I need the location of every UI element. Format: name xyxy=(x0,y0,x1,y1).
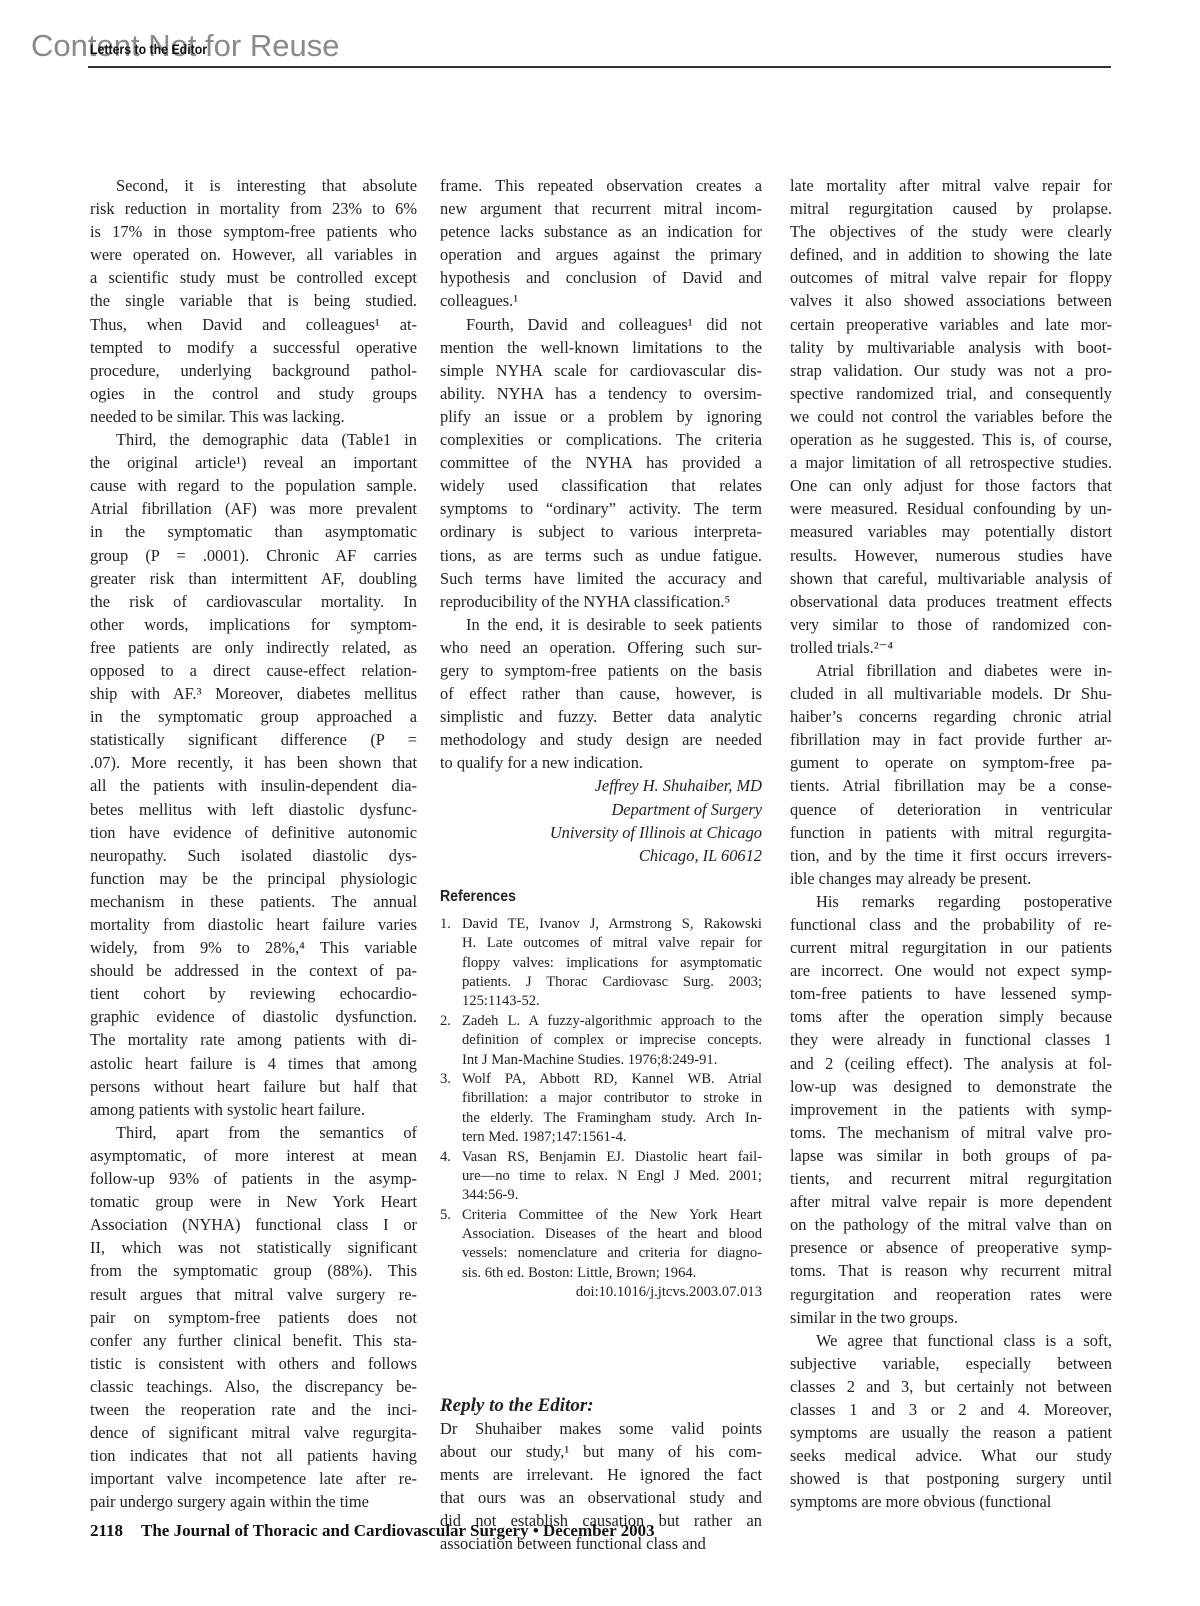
text-line: a major limitation of all retrospective … xyxy=(790,451,1112,474)
text-line: methodology and study design are needed xyxy=(440,728,762,751)
text-line: Second, it is interesting that absolute xyxy=(90,174,417,197)
text-line: function in patients with mitral regurgi… xyxy=(790,821,1112,844)
reference-line: patients. J Thorac Cardiovasc Surg. 2003… xyxy=(462,973,762,992)
text-line: ible changes may already be present. xyxy=(790,867,1112,890)
text-line: One can only adjust for those factors th… xyxy=(790,474,1112,497)
text-line: tween the reoperation rate and the inci- xyxy=(90,1398,417,1421)
text-line: were measured. Residual confounding by u… xyxy=(790,497,1112,520)
text-line: observational data produces treatment ef… xyxy=(790,590,1112,613)
reference-number: 4. xyxy=(440,1148,451,1167)
text-line: mechanism in these patients. The annual xyxy=(90,890,417,913)
text-line: and 2 (ceiling effect). The analysis at … xyxy=(790,1052,1112,1075)
reference-line: Zadeh L. A fuzzy-algorithmic approach to… xyxy=(462,1012,762,1031)
reference-line: floppy valves: implications for asymptom… xyxy=(462,954,762,973)
text-line: current mitral regurgitation in our pati… xyxy=(790,936,1112,959)
text-line: other words, implications for symptom- xyxy=(90,613,417,636)
text-line: function may be the principal physiologi… xyxy=(90,867,417,890)
reference-line: sis. 6th ed. Boston: Little, Brown; 1964… xyxy=(462,1264,762,1283)
text-line: we could not control the variables befor… xyxy=(790,405,1112,428)
text-line: low-up was designed to demonstrate the xyxy=(790,1075,1112,1098)
issue-date: December 2003 xyxy=(543,1521,655,1540)
text-line: ability. NYHA has a tendency to oversim- xyxy=(440,382,762,405)
text-line: classes 1 and 3 or 2 and 4. Moreover, xyxy=(790,1398,1112,1421)
text-line: among patients with systolic heart failu… xyxy=(90,1098,417,1121)
text-line: operation and argues against the primary xyxy=(440,243,762,266)
reference-line: ure—no time to relax. N Engl J Med. 2001… xyxy=(462,1167,762,1186)
reference-line: Wolf PA, Abbott RD, Kannel WB. Atrial xyxy=(462,1070,762,1089)
text-line: in the symptomatic than asymptomatic xyxy=(90,520,417,543)
text-line: tom-free patients to have lessened symp- xyxy=(790,982,1112,1005)
signature-department: Department of Surgery xyxy=(440,798,762,821)
text-line: ogies in the control and study groups xyxy=(90,382,417,405)
text-line: presence or absence of preoperative symp… xyxy=(790,1236,1112,1259)
text-line: spective randomized trial, and consequen… xyxy=(790,382,1112,405)
text-line: The mortality rate among patients with d… xyxy=(90,1028,417,1051)
text-line: ments are irrelevant. He ignored the fac… xyxy=(440,1463,762,1486)
text-line: colleagues.¹ xyxy=(440,289,762,312)
text-line: risk reduction in mortality from 23% to … xyxy=(90,197,417,220)
text-line: committee of the NYHA has provided a xyxy=(440,451,762,474)
text-line: after mitral valve repair is more depend… xyxy=(790,1190,1112,1213)
text-line: persons without heart failure but half t… xyxy=(90,1075,417,1098)
text-line: all the patients with insulin-dependent … xyxy=(90,774,417,797)
reference-line: the elderly. The Framingham study. Arch … xyxy=(462,1109,762,1128)
text-line: the single variable that is being studie… xyxy=(90,289,417,312)
reference-item: 2.Zadeh L. A fuzzy-algorithmic approach … xyxy=(440,1012,762,1070)
text-line: strap validation. Our study was not a pr… xyxy=(790,359,1112,382)
text-line: important valve incompetence late after … xyxy=(90,1467,417,1490)
text-line: complexities or complications. The crite… xyxy=(440,428,762,451)
text-line: should be addressed in the context of pa… xyxy=(90,959,417,982)
text-line: reproducibility of the NYHA classificati… xyxy=(440,590,762,613)
column-3: late mortality after mitral valve repair… xyxy=(790,174,1112,1513)
text-line: Atrial fibrillation (AF) was more preval… xyxy=(90,497,417,520)
signature-name: Jeffrey H. Shuhaiber, MD xyxy=(440,774,762,797)
text-line: pair on symptom-free patients does not xyxy=(90,1306,417,1329)
text-line: cluded in all multivariable models. Dr S… xyxy=(790,682,1112,705)
text-line: quence of deterioration in ventricular xyxy=(790,798,1112,821)
text-line: seeks medical advice. What our study xyxy=(790,1444,1112,1467)
text-line: valves it also showed associations betwe… xyxy=(790,289,1112,312)
text-line: tempted to modify a successful operative xyxy=(90,336,417,359)
text-line: In the end, it is desirable to seek pati… xyxy=(440,613,762,636)
text-line: haiber’s concerns regarding chronic atri… xyxy=(790,705,1112,728)
text-line: ship with AF.³ Moreover, diabetes mellit… xyxy=(90,682,417,705)
text-line: mitral regurgitation caused by prolapse. xyxy=(790,197,1112,220)
text-line: a scientific study must be controlled ex… xyxy=(90,266,417,289)
text-line: needed to be similar. This was lacking. xyxy=(90,405,417,428)
text-line: betes mellitus with left diastolic dysfu… xyxy=(90,798,417,821)
reference-number: 1. xyxy=(440,915,451,934)
text-line: symptoms are more obvious (functional xyxy=(790,1490,1112,1513)
text-line: tients, and recurrent mitral regurgitati… xyxy=(790,1167,1112,1190)
reference-line: 344:56-9. xyxy=(462,1186,762,1205)
text-line: the risk of cardiovascular mortality. In xyxy=(90,590,417,613)
text-line: certain preoperative variables and late … xyxy=(790,313,1112,336)
text-line: frame. This repeated observation creates… xyxy=(440,174,762,197)
references-heading: References xyxy=(440,885,723,909)
text-line: the original article¹) reveal an importa… xyxy=(90,451,417,474)
text-line: free patients are only indirectly relate… xyxy=(90,636,417,659)
text-line: greater risk than intermittent AF, doubl… xyxy=(90,567,417,590)
column-1: Second, it is interesting that absoluter… xyxy=(90,174,417,1513)
text-line: tistic is consistent with others and fol… xyxy=(90,1352,417,1375)
text-line: subjective variable, especially between xyxy=(790,1352,1112,1375)
reference-item: 1.David TE, Ivanov J, Armstrong S, Rakow… xyxy=(440,915,762,1012)
text-line: very similar to those of randomized con- xyxy=(790,613,1112,636)
text-line: fibrillation may in fact provide further… xyxy=(790,728,1112,751)
text-line: about our study,¹ but many of his com- xyxy=(440,1440,762,1463)
text-line: on the pathology of the mitral valve tha… xyxy=(790,1213,1112,1236)
text-line: tion, and by the time it first occurs ir… xyxy=(790,844,1112,867)
text-line: tients. Atrial fibrillation may be a con… xyxy=(790,774,1112,797)
text-line: defined, and in addition to showing the … xyxy=(790,243,1112,266)
text-line: His remarks regarding postoperative xyxy=(790,890,1112,913)
text-line: gument to operate on symptom-free pa- xyxy=(790,751,1112,774)
reference-number: 2. xyxy=(440,1012,451,1031)
page-footer: 2118 The Journal of Thoracic and Cardiov… xyxy=(90,1521,655,1541)
text-line: operation as he suggested. This is, of c… xyxy=(790,428,1112,451)
reference-number: 5. xyxy=(440,1206,451,1225)
text-line: symptoms to “ordinary” activity. The ter… xyxy=(440,497,762,520)
text-line: plify an issue or a problem by ignoring xyxy=(440,405,762,428)
text-line: neuropathy. Such isolated diastolic dys- xyxy=(90,844,417,867)
column-2: frame. This repeated observation creates… xyxy=(440,174,762,1555)
signature-institution: University of Illinois at Chicago xyxy=(440,821,762,844)
text-line: measured variables may potentially disto… xyxy=(790,520,1112,543)
text-line: of effect rather than cause, however, is xyxy=(440,682,762,705)
text-line: widely used classification that relates xyxy=(440,474,762,497)
text-line: tions, as are terms such as undue fatigu… xyxy=(440,544,762,567)
text-line: were operated on. However, all variables… xyxy=(90,243,417,266)
text-line: toms after the operation simply because xyxy=(790,1005,1112,1028)
text-line: toms. That is reason why recurrent mitra… xyxy=(790,1259,1112,1282)
page-number: 2118 xyxy=(90,1521,123,1540)
text-line: Dr Shuhaiber makes some valid points xyxy=(440,1417,762,1440)
text-line: Thus, when David and colleagues¹ at- xyxy=(90,313,417,336)
text-line: trolled trials.²⁻⁴ xyxy=(790,636,1112,659)
text-line: Third, the demographic data (Table1 in xyxy=(90,428,417,451)
text-line: to qualify for a new indication. xyxy=(440,751,762,774)
reference-line: Vasan RS, Benjamin EJ. Diastolic heart f… xyxy=(462,1148,762,1167)
text-line: asymptomatic, of more interest at mean xyxy=(90,1144,417,1167)
text-line: The objectives of the study were clearly xyxy=(790,220,1112,243)
journal-name: The Journal of Thoracic and Cardiovascul… xyxy=(141,1521,529,1540)
text-line: We agree that functional class is a soft… xyxy=(790,1329,1112,1352)
text-line: group (P = .0001). Chronic AF carries xyxy=(90,544,417,567)
text-line: gery to symptom-free patients on the bas… xyxy=(440,659,762,682)
header-rule xyxy=(88,66,1111,68)
text-line: tient cohort by reviewing echocardio- xyxy=(90,982,417,1005)
reference-line: David TE, Ivanov J, Armstrong S, Rakowsk… xyxy=(462,915,762,934)
text-line: regurgitation and reoperation rates were xyxy=(790,1283,1112,1306)
text-line: astolic heart failure is 4 times that am… xyxy=(90,1052,417,1075)
text-line: Such terms have limited the accuracy and xyxy=(440,567,762,590)
reference-line: fibrillation: a major contributor to str… xyxy=(462,1089,762,1108)
text-line: procedure, underlying background pathol- xyxy=(90,359,417,382)
text-line: .07). More recently, it has been shown t… xyxy=(90,751,417,774)
text-line: II, which was not statistically signific… xyxy=(90,1236,417,1259)
text-line: results. However, numerous studies have xyxy=(790,544,1112,567)
text-line: who need an operation. Offering such sur… xyxy=(440,636,762,659)
text-line: lapse was similar in both groups of pa- xyxy=(790,1144,1112,1167)
text-line: statistically significant difference (P … xyxy=(90,728,417,751)
reference-line: Int J Man-Machine Studies. 1976;8:249-91… xyxy=(462,1051,762,1070)
text-line: new argument that recurrent mitral incom… xyxy=(440,197,762,220)
text-line: follow-up 93% of patients in the asymp- xyxy=(90,1167,417,1190)
references-list: 1.David TE, Ivanov J, Armstrong S, Rakow… xyxy=(440,915,762,1283)
reference-number: 3. xyxy=(440,1070,451,1089)
text-line: widely, from 9% to 28%,⁴ This variable xyxy=(90,936,417,959)
text-line: shown that careful, multivariable analys… xyxy=(790,567,1112,590)
text-line: result argues that mitral valve surgery … xyxy=(90,1283,417,1306)
text-line: classic teachings. Also, the discrepancy… xyxy=(90,1375,417,1398)
text-line: from the symptomatic group (88%). This xyxy=(90,1259,417,1282)
letter-body-end: frame. This repeated observation creates… xyxy=(440,174,762,774)
text-line: opposed to a direct cause-effect relatio… xyxy=(90,659,417,682)
text-line: showed is that postponing surgery until xyxy=(790,1467,1112,1490)
text-line: late mortality after mitral valve repair… xyxy=(790,174,1112,197)
text-line: Fourth, David and colleagues¹ did not xyxy=(440,313,762,336)
text-line: graphic evidence of diastolic dysfunctio… xyxy=(90,1005,417,1028)
text-line: simple NYHA scale for cardiovascular dis… xyxy=(440,359,762,382)
text-line: dence of significant mitral valve regurg… xyxy=(90,1421,417,1444)
reference-line: vessels: nomenclature and criteria for d… xyxy=(462,1244,762,1263)
text-line: Atrial fibrillation and diabetes were in… xyxy=(790,659,1112,682)
text-line: Third, apart from the semantics of xyxy=(90,1121,417,1144)
text-line: pair undergo surgery again within the ti… xyxy=(90,1490,417,1513)
text-line: improvement in the patients with symp- xyxy=(790,1098,1112,1121)
text-line: mortality from diastolic heart failure v… xyxy=(90,913,417,936)
reference-line: H. Late outcomes of mitral valve repair … xyxy=(462,934,762,953)
text-line: classes 2 and 3, but certainly not betwe… xyxy=(790,1375,1112,1398)
text-line: confer any further clinical benefit. Thi… xyxy=(90,1329,417,1352)
reference-line: Association. Diseases of the heart and b… xyxy=(462,1225,762,1244)
text-line: in the symptomatic group approached a xyxy=(90,705,417,728)
text-line: hypothesis and conclusion of David and xyxy=(440,266,762,289)
text-line: tion have evidence of definitive autonom… xyxy=(90,821,417,844)
text-line: similar in the two groups. xyxy=(790,1306,1112,1329)
text-line: they were already in functional classes … xyxy=(790,1028,1112,1051)
text-line: tality by multivariable analysis with bo… xyxy=(790,336,1112,359)
text-line: simplistic and fuzzy. Better data analyt… xyxy=(440,705,762,728)
reference-line: tern Med. 1987;147:1561-4. xyxy=(462,1128,762,1147)
reference-line: definition of complex or imprecise conce… xyxy=(462,1031,762,1050)
text-line: functional class and the probability of … xyxy=(790,913,1112,936)
running-head: Letters to the Editor xyxy=(90,41,207,57)
text-line: are incorrect. One would not expect symp… xyxy=(790,959,1112,982)
text-line: symptoms are usually the reason a patien… xyxy=(790,1421,1112,1444)
text-line: cause with regard to the population samp… xyxy=(90,474,417,497)
reference-item: 5.Criteria Committee of the New York Hea… xyxy=(440,1206,762,1284)
text-line: petence lacks substance as an indication… xyxy=(440,220,762,243)
footer-separator: • xyxy=(533,1521,539,1540)
reference-line: Criteria Committee of the New York Heart xyxy=(462,1206,762,1225)
text-line: Association (NYHA) functional class I or xyxy=(90,1213,417,1236)
text-line: tomatic group were in New York Heart xyxy=(90,1190,417,1213)
signature-city: Chicago, IL 60612 xyxy=(440,844,762,867)
reply-heading: Reply to the Editor: xyxy=(440,1395,762,1417)
reference-line: 125:1143-52. xyxy=(462,992,762,1011)
reference-item: 4.Vasan RS, Benjamin EJ. Diastolic heart… xyxy=(440,1148,762,1206)
text-line: ordinary is subject to various interpret… xyxy=(440,520,762,543)
reference-item: 3.Wolf PA, Abbott RD, Kannel WB. Atrialf… xyxy=(440,1070,762,1148)
text-line: is 17% in those symptom-free patients wh… xyxy=(90,220,417,243)
text-line: that ours was an observational study and xyxy=(440,1486,762,1509)
text-line: tion indicates that not all patients hav… xyxy=(90,1444,417,1467)
text-line: mention the well-known limitations to th… xyxy=(440,336,762,359)
text-line: toms. The mechanism of mitral valve pro- xyxy=(790,1121,1112,1144)
doi: doi:10.1016/j.jtcvs.2003.07.013 xyxy=(440,1283,762,1302)
text-line: outcomes of mitral valve repair for flop… xyxy=(790,266,1112,289)
